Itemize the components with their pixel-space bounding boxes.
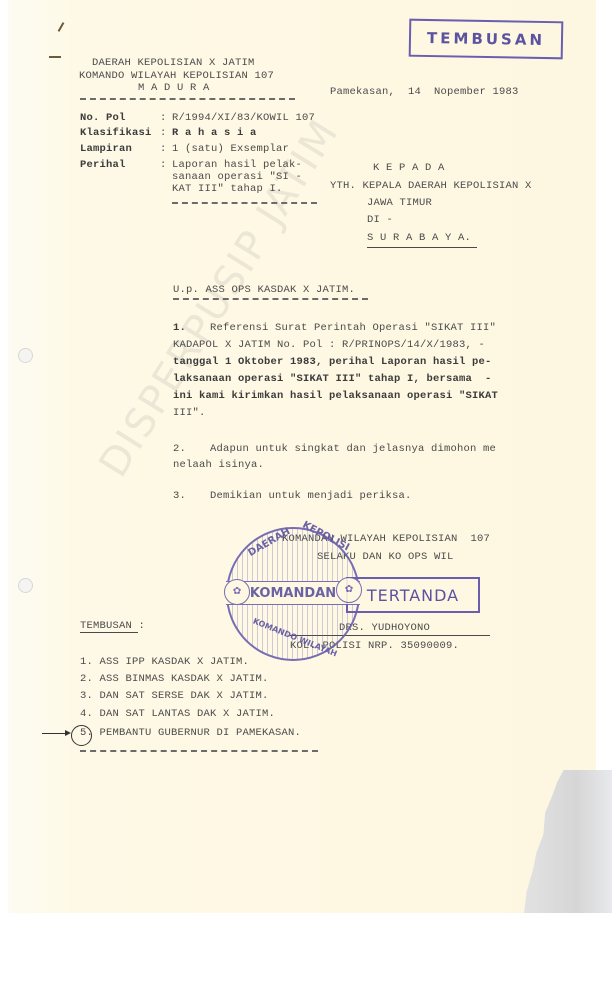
perihal-rule — [172, 202, 317, 204]
emblem-icon: ✿ — [336, 577, 362, 603]
punch-hole — [18, 348, 33, 363]
place-date: Pamekasan, 14 Nopember 1983 — [330, 86, 519, 99]
meta-label-lampiran: Lampiran — [80, 143, 132, 156]
cc-item: 4. DAN SAT LANTAS DAK X JATIM. — [80, 708, 275, 721]
pencil-mark — [49, 56, 61, 58]
meta-value-nopol: R/1994/XI/83/KOWIL 107 — [172, 112, 315, 125]
meta-label-perihal: Perihal — [80, 159, 126, 172]
cc-item: 5. PEMBANTU GUBERNUR DI PAMEKASAN. — [80, 727, 301, 740]
handwritten-circle-icon — [71, 725, 92, 746]
meta-colon: : — [160, 127, 167, 140]
addressee-line1: YTH. KEPALA DAERAH KEPOLISIAN X — [330, 180, 532, 193]
addressee-city: S U R A B A Y A. — [367, 232, 471, 245]
meta-colon: : — [160, 159, 167, 172]
paragraph-line: ini kami kirimkan hasil pelaksanaan oper… — [173, 390, 498, 403]
meta-value-perihal: Laporan hasil pelak- sanaan operasi "SI … — [172, 159, 302, 195]
paragraph-number: 1. — [173, 322, 186, 335]
cc-item: 2. ASS BINMAS KASDAK X JATIM. — [80, 673, 269, 686]
paragraph-line: laksanaan operasi "SIKAT III" tahap I, b… — [173, 373, 492, 386]
paragraph-number: 2. — [173, 443, 186, 456]
paragraph-line: KADAPOL X JATIM No. Pol : R/PRINOPS/14/X… — [173, 339, 485, 352]
attention-underline — [173, 298, 368, 300]
meta-label-klasifikasi: Klasifikasi — [80, 127, 152, 140]
meta-colon: : — [160, 143, 167, 156]
paragraph-line: nelaah isinya. — [173, 459, 264, 472]
seal-bottom-text: KOMANDO WILAYAH — [252, 616, 339, 658]
city-underline — [367, 247, 477, 248]
paragraph-line: Adapun untuk singkat dan jelasnya dimoho… — [210, 443, 496, 456]
letterhead-line1: DAERAH KEPOLISIAN X JATIM — [92, 57, 255, 70]
paragraph-line: Demikian untuk menjadi periksa. — [210, 490, 412, 503]
letterhead-line3: M A D U R A — [138, 82, 210, 95]
cc-rule — [80, 750, 318, 752]
tertanda-stamp: TERTANDA — [346, 577, 480, 613]
cc-title-underline — [80, 632, 138, 633]
official-seal: KOMANDAN DAERAH KEPOLISI KOMANDO WILAYAH… — [226, 527, 360, 661]
paragraph-line: III". — [173, 407, 206, 420]
paragraph-line: Referensi Surat Perintah Operasi "SIKAT … — [210, 322, 496, 335]
paragraph-line: tanggal 1 Oktober 1983, perihal Laporan … — [173, 356, 492, 369]
tembusan-stamp: TEMBUSAN — [409, 19, 564, 60]
cc-item: 3. DAN SAT SERSE DAK X JATIM. — [80, 690, 269, 703]
letterhead-rule — [80, 98, 295, 100]
meta-colon: : — [160, 112, 167, 125]
kepada-label: K E P A D A — [373, 162, 445, 175]
meta-label-nopol: No. Pol — [80, 112, 126, 125]
cc-item: 1. ASS IPP KASDAK X JATIM. — [80, 656, 249, 669]
meta-value-lampiran: 1 (satu) Exsemplar — [172, 143, 289, 156]
meta-value-klasifikasi: R a h a s i a — [172, 127, 257, 140]
addressee-line3: DI - — [367, 214, 393, 227]
punch-hole — [18, 578, 33, 593]
paragraph-number: 3. — [173, 490, 186, 503]
emblem-icon: ✿ — [224, 579, 250, 605]
addressee-line2: JAWA TIMUR — [367, 197, 432, 210]
attention-line: U.p. ASS OPS KASDAK X JATIM. — [173, 284, 355, 297]
handwritten-arrow-icon — [42, 733, 69, 734]
